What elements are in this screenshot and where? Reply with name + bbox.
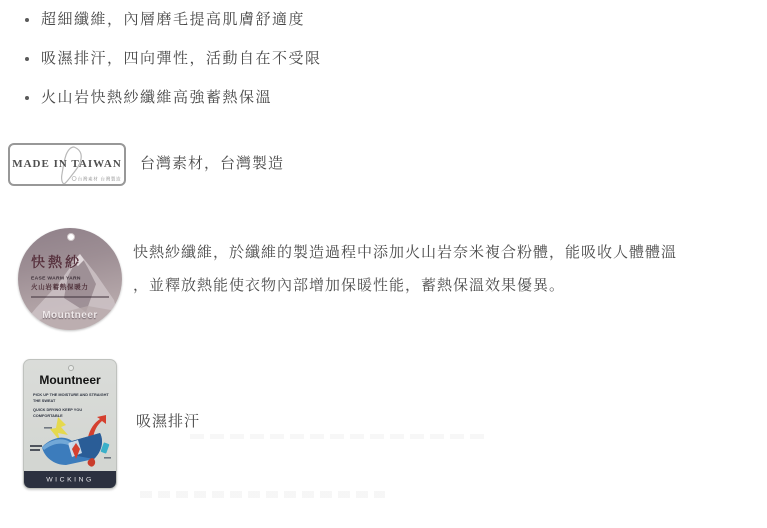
product-description-page: 超細纖維，內層磨毛提高肌膚舒適度 吸濕排汗，四向彈性，活動自在不受限 火山岩快熱… [0, 0, 767, 528]
made-in-taiwan-badge: MADE IN TAIWAN 台灣素材 台灣製造 [8, 143, 126, 186]
warm-tag-subtitle-zh: 火山岩蓄熱保暖力 [31, 282, 91, 291]
feature-item: 超細纖維，內層磨毛提高肌膚舒適度 [41, 12, 322, 28]
made-in-taiwan-subtext: 台灣素材 台灣製造 [72, 176, 121, 182]
warm-tag-title: 快熱紗 [31, 252, 115, 272]
warm-yarn-description: 快熱紗纖維，於纖維的製造過程中添加火山岩奈米複合粉體，能吸收人體體溫 ，並釋放熱… [133, 244, 753, 310]
wicking-caption: 吸濕排汗 [136, 410, 200, 431]
feature-item: 吸濕排汗，四向彈性，活動自在不受限 [41, 51, 322, 67]
warm-tag-fineprint-line [31, 296, 109, 298]
wicking-band-label: WICKING [46, 476, 94, 484]
faint-cropped-text [140, 491, 385, 498]
feature-list: 超細纖維，內層磨毛提高肌膚舒適度 吸濕排汗，四向彈性，活動自在不受限 火山岩快熱… [41, 12, 322, 129]
wicking-band: WICKING [24, 471, 116, 488]
faint-cropped-text [190, 434, 490, 439]
warm-tag-subtitle-en: EASE WARM YARN [31, 275, 83, 281]
mit-mini-logo-icon [72, 176, 77, 181]
description-line: 快熱紗纖維，於纖維的製造過程中添加火山岩奈米複合粉體，能吸收人體體溫 [133, 244, 753, 262]
warm-tag-text-block: 快熱紗 EASE WARM YARN 火山岩蓄熱保暖力 [31, 252, 115, 298]
mountneer-logo-text: Mountneer [24, 373, 116, 387]
feature-item: 火山岩快熱紗纖維高強蓄熱保溫 [41, 90, 322, 106]
mountneer-logo-text: Mountneer [18, 310, 122, 321]
wicking-hang-tag: Mountneer PICK UP THE MOISTURE AND STRAI… [23, 359, 117, 489]
tag-hole [68, 365, 74, 371]
tag-hole [67, 233, 75, 241]
warm-yarn-round-tag: 快熱紗 EASE WARM YARN 火山岩蓄熱保暖力 Mountneer [18, 228, 122, 330]
description-line: ，並釋放熱能使衣物內部增加保暖性能，蓄熱保溫效果優異。 [133, 277, 753, 295]
wicking-tag-copy: PICK UP THE MOISTURE AND STRAIGHT THE SW… [33, 392, 109, 404]
made-in-taiwan-text: MADE IN TAIWAN [10, 158, 124, 170]
mit-caption: 台灣素材，台灣製造 [140, 152, 284, 173]
wicking-fabric-diagram [28, 415, 114, 472]
